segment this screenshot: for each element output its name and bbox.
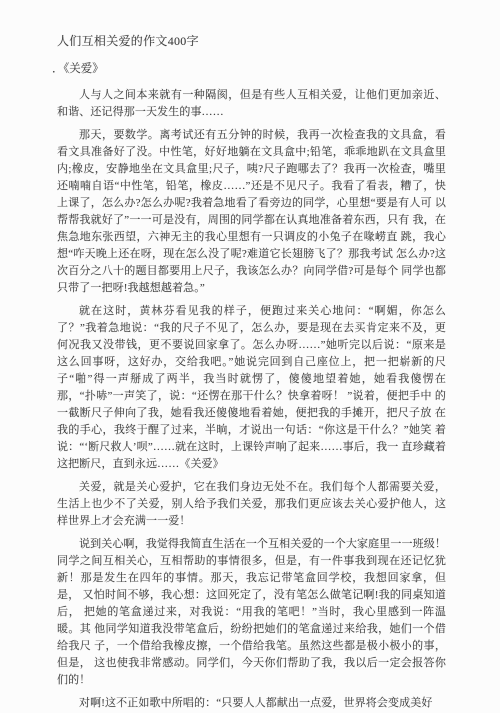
paragraph: 说到关心啊，我觉得我简直生活在一个互相关爱的一个大家庭里一一班级！同学之间互相关… — [57, 536, 446, 689]
paragraph: 人与人之间本来就有一种隔阂，但是有些人互相关爱，让他们更加亲近、 和谐、还记得那… — [57, 87, 446, 121]
paragraph: 关爱，就是关心爱护，它在我们身边无处不在。我们每个人都需要关爱， 生活上也少不了… — [57, 479, 446, 530]
paragraph: 就在这时，黄林芬看见我的样子，便跑过来关心地问：“啊媚，你怎么 了？”我着急地说… — [57, 303, 446, 473]
document-page: 人们互相关爱的作文400字 ．《关爱》 人与人之间本来就有一种隔阂，但是有些人互… — [0, 0, 500, 713]
paragraph: 那天，要数学。离考试还有五分钟的时候，我再一次检查我的文具盒，看 看文具准备好了… — [57, 127, 446, 297]
essay-title: 人们互相关爱的作文400字 — [57, 33, 446, 50]
essay-paragraphs: 人与人之间本来就有一种隔阂，但是有些人互相关爱，让他们更加亲近、 和谐、还记得那… — [57, 87, 446, 712]
paragraph: 对啊!这不正如歌中所唱的：“只要人人都献出一点爱，世界将会变成美好 — [57, 695, 446, 712]
essay-subtitle: ．《关爱》 — [52, 61, 446, 78]
